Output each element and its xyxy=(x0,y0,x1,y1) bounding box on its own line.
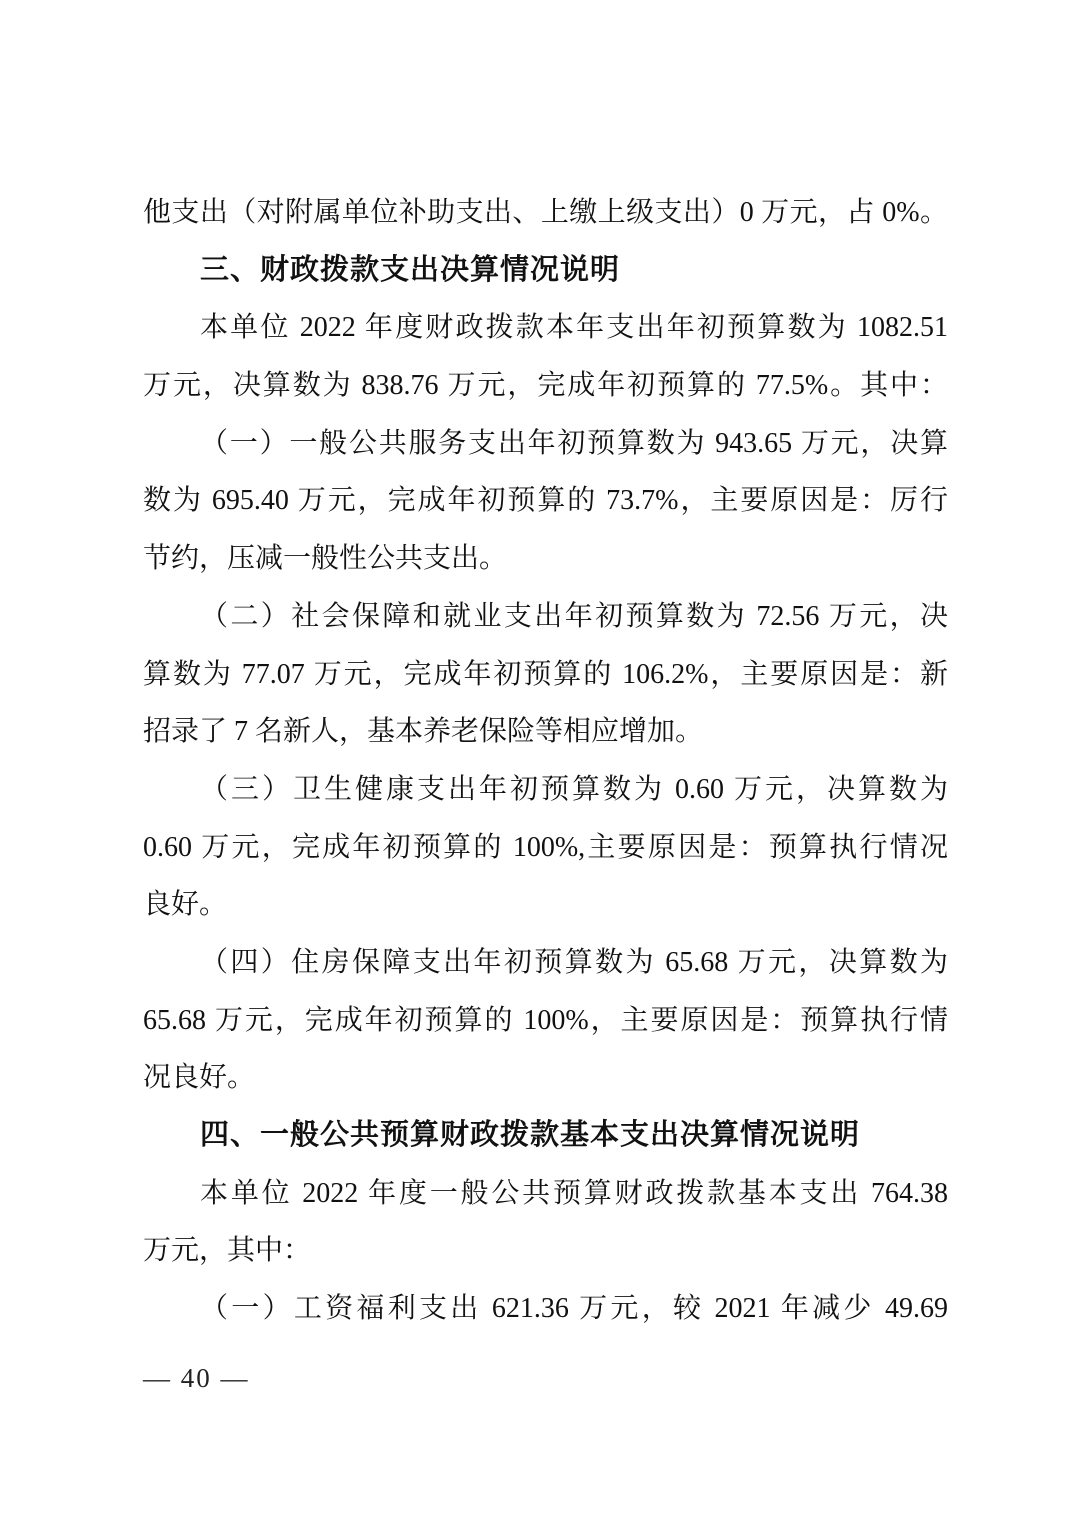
document-body: 他支出（对附属单位补助支出、上缴上级支出）0 万元，占 0%。 三、财政拨款支出… xyxy=(143,184,948,1338)
body-line: 0.60 万元，完成年初预算的 100%,主要原因是：预算执行情况 xyxy=(143,819,948,877)
body-line: 万元，其中： xyxy=(143,1222,948,1280)
body-line: 良好。 xyxy=(143,876,948,934)
body-line: 节约，压减一般性公共支出。 xyxy=(143,530,948,588)
body-line: 况良好。 xyxy=(143,1049,948,1107)
body-line: （四）住房保障支出年初预算数为 65.68 万元，决算数为 xyxy=(143,934,948,992)
body-line: 65.68 万元，完成年初预算的 100%，主要原因是：预算执行情 xyxy=(143,992,948,1050)
document-page: 他支出（对附属单位补助支出、上缴上级支出）0 万元，占 0%。 三、财政拨款支出… xyxy=(0,0,1074,1520)
body-line: 万元，决算数为 838.76 万元，完成年初预算的 77.5%。其中： xyxy=(143,357,948,415)
body-line: 本单位 2022 年度一般公共预算财政拨款基本支出 764.38 xyxy=(143,1165,948,1223)
section-heading-4: 四、一般公共预算财政拨款基本支出决算情况说明 xyxy=(143,1107,948,1165)
body-line: 招录了 7 名新人，基本养老保险等相应增加。 xyxy=(143,703,948,761)
page-number: — 40 — xyxy=(143,1358,250,1398)
section-heading-3: 三、财政拨款支出决算情况说明 xyxy=(143,242,948,300)
body-line: 数为 695.40 万元，完成年初预算的 73.7%，主要原因是：厉行 xyxy=(143,472,948,530)
body-line: （三）卫生健康支出年初预算数为 0.60 万元，决算数为 xyxy=(143,761,948,819)
body-line: （一）工资福利支出 621.36 万元，较 2021 年减少 49.69 xyxy=(143,1280,948,1338)
body-line: （二）社会保障和就业支出年初预算数为 72.56 万元，决 xyxy=(143,588,948,646)
body-line: 算数为 77.07 万元，完成年初预算的 106.2%，主要原因是：新 xyxy=(143,646,948,704)
body-line: 本单位 2022 年度财政拨款本年支出年初预算数为 1082.51 xyxy=(143,299,948,357)
body-line: 他支出（对附属单位补助支出、上缴上级支出）0 万元，占 0%。 xyxy=(143,184,948,242)
body-line: （一）一般公共服务支出年初预算数为 943.65 万元，决算 xyxy=(143,415,948,473)
